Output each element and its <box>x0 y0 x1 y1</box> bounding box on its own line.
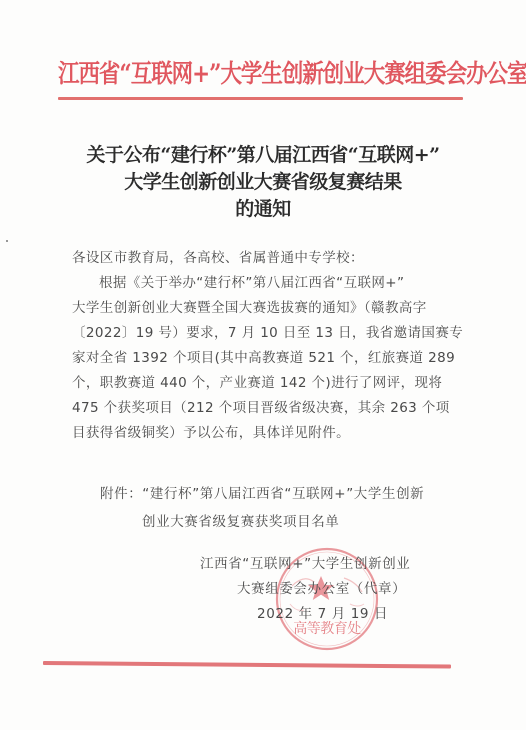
document-title-line-2: 大学生创新创业大赛省级复赛结果 <box>60 169 466 196</box>
signature-org-line-2: 大赛组委会办公室（代章） <box>200 577 460 602</box>
letterhead-red-rule <box>58 97 463 100</box>
document-title: 关于公布“建行杯”第八届江西省“互联网+” 大学生创新创业大赛省级复赛结果 的通… <box>60 142 466 223</box>
document-page: 江西省“互联网+”大学生创新创业大赛组委会办公室 关于公布“建行杯”第八届江西省… <box>0 0 526 730</box>
scan-speck <box>6 240 8 242</box>
attachment-line-2: 创业大赛省级复赛获奖项目名单 <box>100 508 460 536</box>
signature-date: 2022 年 7 月 19 日 <box>200 602 460 627</box>
attachment-line-1: 附件：“建行杯”第八届江西省“互联网+”大学生创新 <box>100 480 460 508</box>
document-title-line-3: 的通知 <box>60 196 466 223</box>
paragraph-line-7: 目获得省级铜奖）予以公布，具体详见附件。 <box>72 421 454 446</box>
footer-red-rule <box>43 661 451 669</box>
paragraph-line-1: 根据《关于举办“建行杯”第八届江西省“互联网+” <box>72 271 454 296</box>
letterhead-title: 江西省“互联网+”大学生创新创业大赛组委会办公室 <box>58 54 411 90</box>
paragraph-line-4: 家对全省 1392 个项目(其中高教赛道 521 个，红旅赛道 289 <box>72 346 454 371</box>
attachment-note: 附件：“建行杯”第八届江西省“互联网+”大学生创新 创业大赛省级复赛获奖项目名单 <box>100 480 460 536</box>
salutation: 各设区市教育局，各高校、省属普通中专学校： <box>72 246 454 271</box>
signature-block: 江西省“互联网+”大学生创新创业 大赛组委会办公室（代章） 2022 年 7 月… <box>200 552 460 627</box>
signature-org-line-1: 江西省“互联网+”大学生创新创业 <box>200 552 460 577</box>
paragraph-line-5: 个，职教赛道 440 个，产业赛道 142 个)进行了网评，现将 <box>72 371 454 396</box>
paragraph-line-3: 〔2022〕19 号）要求，7 月 10 日至 13 日，我省邀请国赛专 <box>72 321 454 346</box>
notice-body: 各设区市教育局，各高校、省属普通中专学校： 根据《关于举办“建行杯”第八届江西省… <box>72 246 454 446</box>
paragraph-line-2: 大学生创新创业大赛暨全国大赛选拔赛的通知》（赣教高字 <box>72 296 454 321</box>
document-title-line-1: 关于公布“建行杯”第八届江西省“互联网+” <box>60 142 466 169</box>
paragraph-line-6: 475 个获奖项目（212 个项目晋级省级决赛，其余 263 个项 <box>72 396 454 421</box>
